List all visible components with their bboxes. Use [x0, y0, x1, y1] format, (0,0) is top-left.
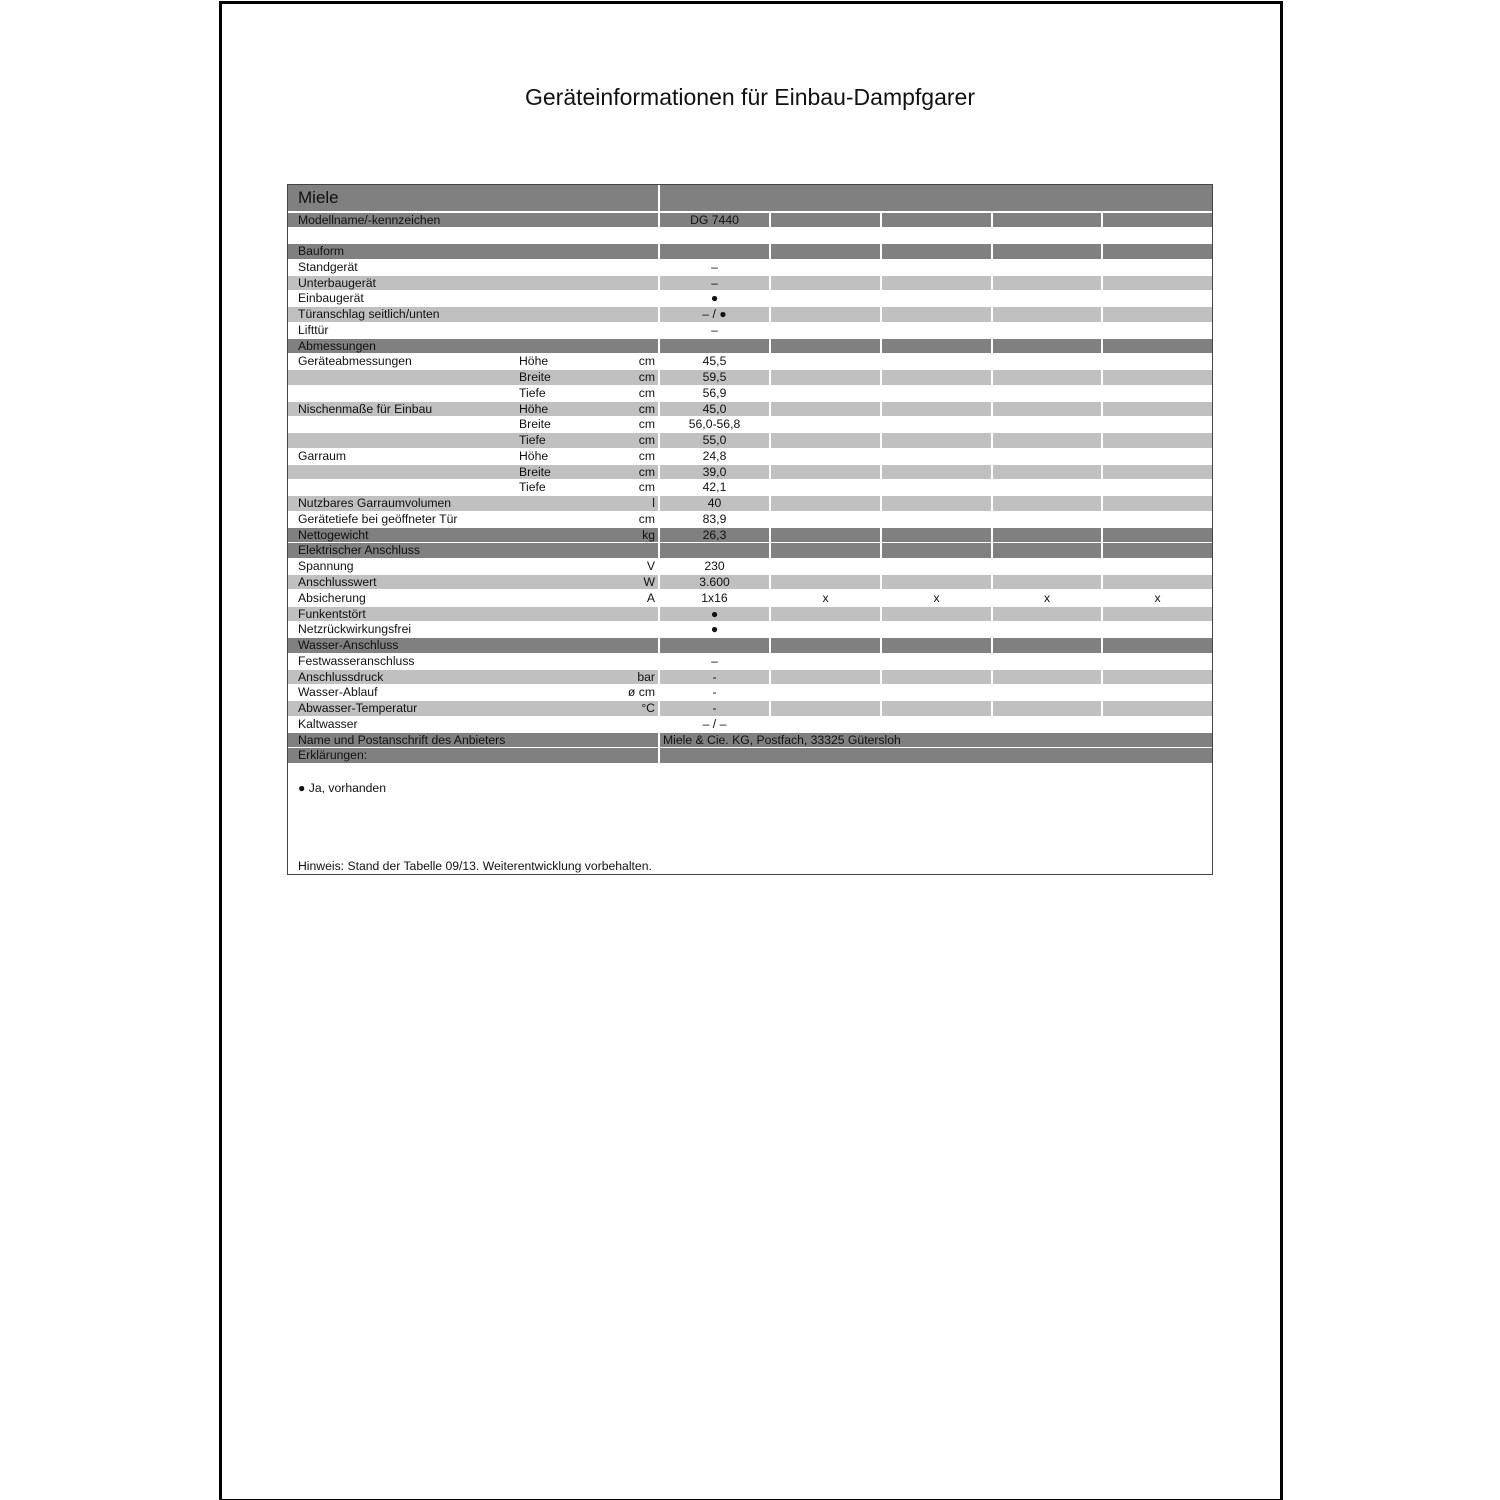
- value-cell-0: 40: [660, 496, 769, 511]
- value-cell-0: 56,0-56,8: [660, 417, 769, 432]
- row-label-cell: Wasser-Anschluss: [288, 638, 658, 653]
- value-cell-1: [771, 386, 880, 401]
- value-cell-0: 59,5: [660, 370, 769, 385]
- row-unit: W: [643, 575, 655, 590]
- value-cell-1: [771, 433, 880, 448]
- value-cell-1: x: [771, 591, 880, 606]
- row-unit: kg: [642, 528, 655, 543]
- row-label-cell: Nettogewichtkg: [288, 528, 658, 543]
- table-row: Gerätetiefe bei geöffneter Türcm83,9: [288, 512, 1212, 528]
- row-label: Abwasser-Temperatur: [298, 701, 417, 715]
- value-cell-0: 45,0: [660, 402, 769, 417]
- value-cell-4: [1103, 354, 1212, 369]
- value-cell-2: [882, 291, 991, 306]
- table-row: Anschlussdruckbar-: [288, 670, 1212, 686]
- row-label-cell: Abmessungen: [288, 339, 658, 354]
- brand-header-fill: [660, 185, 1212, 211]
- row-unit: cm: [639, 417, 655, 432]
- table-row: Elektrischer Anschluss: [288, 543, 1212, 559]
- value-cell-4: [1103, 528, 1212, 543]
- value-cell-4: [1103, 465, 1212, 480]
- value-cell-1: [771, 528, 880, 543]
- value-cell-3: [993, 339, 1101, 354]
- value-cell-4: [1103, 213, 1212, 228]
- row-label: Wasser-Ablauf: [298, 685, 377, 699]
- row-sublabel: Breite: [519, 417, 551, 432]
- row-label-cell: GeräteabmessungenHöhecm: [288, 354, 658, 369]
- value-cell-2: [882, 717, 991, 732]
- row-label-cell: Erklärungen:: [288, 748, 658, 763]
- value-cell-0: [660, 244, 769, 259]
- value-cell-4: [1103, 417, 1212, 432]
- value-cell-2: [882, 244, 991, 259]
- row-label-cell: Tiefecm: [288, 480, 658, 495]
- value-cell-4: [1103, 228, 1212, 243]
- value-cell-0: –: [660, 260, 769, 275]
- value-cell-1: [771, 575, 880, 590]
- value-cell-1: [771, 276, 880, 291]
- value-cell-2: [882, 638, 991, 653]
- row-label: Elektrischer Anschluss: [298, 543, 420, 557]
- value-cell-4: [1103, 654, 1212, 669]
- value-cell-1: [771, 480, 880, 495]
- value-cell-1: [771, 685, 880, 700]
- row-label-cell: Breitecm: [288, 465, 658, 480]
- row-sublabel: Tiefe: [519, 480, 546, 495]
- value-cell-3: [993, 276, 1101, 291]
- value-cell-3: [993, 386, 1101, 401]
- value-cell-0: 26,3: [660, 528, 769, 543]
- table-row: Türanschlag seitlich/unten– / ●: [288, 307, 1212, 323]
- value-cell-0: ●: [660, 291, 769, 306]
- value-cell-3: [993, 607, 1101, 622]
- value-cell-4: [1103, 260, 1212, 275]
- value-cell-1: [771, 496, 880, 511]
- value-cell-2: [882, 260, 991, 275]
- value-cell-3: [993, 543, 1101, 558]
- value-cell-4: x: [1103, 591, 1212, 606]
- value-cell-2: [882, 228, 991, 243]
- value-cell-2: [882, 370, 991, 385]
- value-cell-1: [771, 417, 880, 432]
- row-unit: cm: [639, 402, 655, 417]
- row-sublabel: Tiefe: [519, 386, 546, 401]
- value-cell-3: [993, 622, 1101, 637]
- value-cell-4: [1103, 339, 1212, 354]
- value-cell-3: [993, 638, 1101, 653]
- value-cell-2: [882, 417, 991, 432]
- value-cell-0: 42,1: [660, 480, 769, 495]
- row-label-cell: Bauform: [288, 244, 658, 259]
- value-cell-1: [771, 622, 880, 637]
- value-cell-2: [882, 543, 991, 558]
- row-label-cell: Abwasser-Temperatur°C: [288, 701, 658, 716]
- row-label-cell: AbsicherungA: [288, 591, 658, 606]
- row-label-cell: Funkentstört: [288, 607, 658, 622]
- row-label: Wasser-Anschluss: [298, 638, 398, 652]
- row-unit: bar: [637, 670, 655, 685]
- value-cell-1: [771, 323, 880, 338]
- page-title: Geräteinformationen für Einbau-Dampfgare…: [0, 86, 1500, 109]
- table-row: Breitecm56,0-56,8: [288, 417, 1212, 433]
- row-label: Lifttür: [298, 323, 328, 337]
- value-cell-1: [771, 449, 880, 464]
- value-cell-3: [993, 717, 1101, 732]
- row-label: Modellname/-kennzeichen: [298, 213, 440, 227]
- row-label: Nutzbares Garraumvolumen: [298, 496, 451, 510]
- spec-table: Miele Modellname/-kennzeichenDG 7440Bauf…: [287, 184, 1213, 875]
- table-row: GarraumHöhecm24,8: [288, 449, 1212, 465]
- value-cell-2: [882, 465, 991, 480]
- row-label-cell: Tiefecm: [288, 386, 658, 401]
- row-label: Nettogewicht: [298, 528, 368, 542]
- value-cell-1: [771, 402, 880, 417]
- row-unit: cm: [639, 370, 655, 385]
- table-row: Abmessungen: [288, 339, 1212, 355]
- value-cell-0: -: [660, 701, 769, 716]
- row-label-cell: Gerätetiefe bei geöffneter Türcm: [288, 512, 658, 527]
- table-row: Name und Postanschrift des AnbietersMiel…: [288, 733, 1212, 749]
- row-sublabel: Tiefe: [519, 433, 546, 448]
- value-cell-3: [993, 417, 1101, 432]
- value-cell-0: 24,8: [660, 449, 769, 464]
- value-cell-2: [882, 654, 991, 669]
- row-unit: A: [647, 591, 655, 606]
- value-cell-4: [1103, 402, 1212, 417]
- row-label: Bauform: [298, 244, 344, 258]
- value-cell-4: [1103, 307, 1212, 322]
- row-label-cell: Name und Postanschrift des Anbieters: [288, 733, 658, 748]
- value-cell-1: [771, 213, 880, 228]
- row-label-cell: Wasser-Ablaufø cm: [288, 685, 658, 700]
- value-cell-2: [882, 607, 991, 622]
- value-cell-4: [1103, 276, 1212, 291]
- row-unit: cm: [639, 512, 655, 527]
- value-cell-4: [1103, 496, 1212, 511]
- value-cell-4: [1103, 291, 1212, 306]
- value-cell-1: [771, 228, 880, 243]
- value-cell-4: [1103, 685, 1212, 700]
- row-label-cell: Breitecm: [288, 417, 658, 432]
- table-row: Wasser-Anschluss: [288, 638, 1212, 654]
- value-cell-0: – / –: [660, 717, 769, 732]
- value-cell-4: [1103, 370, 1212, 385]
- row-label-cell: Türanschlag seitlich/unten: [288, 307, 658, 322]
- value-cell-4: [1103, 622, 1212, 637]
- value-cell-0: -: [660, 685, 769, 700]
- value-cell-3: [993, 354, 1101, 369]
- row-sublabel: Breite: [519, 465, 551, 480]
- brand-name: Miele: [288, 185, 658, 211]
- row-label-cell: Anschlussdruckbar: [288, 670, 658, 685]
- value-cell-4: [1103, 386, 1212, 401]
- row-label: Garraum: [298, 449, 346, 463]
- value-cell-2: [882, 622, 991, 637]
- table-row: Modellname/-kennzeichenDG 7440: [288, 213, 1212, 229]
- row-label: Gerätetiefe bei geöffneter Tür: [298, 512, 457, 526]
- row-label-cell: Nischenmaße für EinbauHöhecm: [288, 402, 658, 417]
- value-cell-1: [771, 260, 880, 275]
- value-cell-3: [993, 575, 1101, 590]
- row-unit: cm: [639, 386, 655, 401]
- value-cell-2: [882, 339, 991, 354]
- table-row: Abwasser-Temperatur°C-: [288, 701, 1212, 717]
- table-row: [288, 228, 1212, 244]
- row-value-wide: Miele & Cie. KG, Postfach, 33325 Gütersl…: [660, 733, 1212, 748]
- value-cell-0: 55,0: [660, 433, 769, 448]
- value-cell-0: 39,0: [660, 465, 769, 480]
- row-label: Festwasseranschluss: [298, 654, 415, 668]
- row-label: Einbaugerät: [298, 291, 364, 305]
- value-cell-0: ●: [660, 622, 769, 637]
- value-cell-4: [1103, 323, 1212, 338]
- value-cell-0: -: [660, 670, 769, 685]
- value-cell-3: x: [993, 591, 1101, 606]
- table-row: AnschlusswertW3.600: [288, 575, 1212, 591]
- value-cell-1: [771, 307, 880, 322]
- value-cell-2: [882, 528, 991, 543]
- value-cell-3: [993, 213, 1101, 228]
- value-cell-4: [1103, 543, 1212, 558]
- value-cell-2: [882, 685, 991, 700]
- value-cell-2: [882, 354, 991, 369]
- value-cell-3: [993, 480, 1101, 495]
- table-row: Einbaugerät●: [288, 291, 1212, 307]
- value-cell-0: 83,9: [660, 512, 769, 527]
- row-label: Kaltwasser: [298, 717, 358, 731]
- row-sublabel: Höhe: [519, 354, 548, 369]
- value-cell-0: –: [660, 654, 769, 669]
- row-sublabel: Breite: [519, 370, 551, 385]
- value-cell-1: [771, 291, 880, 306]
- value-cell-3: [993, 228, 1101, 243]
- value-cell-4: [1103, 575, 1212, 590]
- value-cell-4: [1103, 449, 1212, 464]
- table-row: Tiefecm55,0: [288, 433, 1212, 449]
- value-cell-4: [1103, 244, 1212, 259]
- row-unit: l: [652, 496, 655, 511]
- row-sublabel: Höhe: [519, 449, 548, 464]
- value-cell-3: [993, 701, 1101, 716]
- row-unit: cm: [639, 465, 655, 480]
- row-label-cell: Standgerät: [288, 260, 658, 275]
- value-cell-0: [660, 228, 769, 243]
- row-unit: °C: [641, 701, 655, 716]
- table-row: Standgerät–: [288, 260, 1212, 276]
- value-cell-1: [771, 638, 880, 653]
- value-cell-1: [771, 339, 880, 354]
- value-cell-3: [993, 559, 1101, 574]
- value-cell-3: [993, 307, 1101, 322]
- value-cell-4: [1103, 512, 1212, 527]
- row-label-cell: Nutzbares Garraumvolumenl: [288, 496, 658, 511]
- value-cell-1: [771, 670, 880, 685]
- value-cell-0: –: [660, 276, 769, 291]
- value-cell-3: [993, 323, 1101, 338]
- row-label-cell: Modellname/-kennzeichen: [288, 213, 658, 228]
- table-row: AbsicherungA1x16xxxx: [288, 591, 1212, 607]
- value-cell-4: [1103, 559, 1212, 574]
- value-cell-2: [882, 512, 991, 527]
- value-cell-1: [771, 465, 880, 480]
- value-cell-1: [771, 607, 880, 622]
- row-label: Erklärungen:: [298, 748, 367, 762]
- value-cell-4: [1103, 433, 1212, 448]
- table-row: Nettogewichtkg26,3: [288, 528, 1212, 544]
- value-cell-0: 230: [660, 559, 769, 574]
- value-cell-2: [882, 402, 991, 417]
- value-cell-1: [771, 701, 880, 716]
- value-cell-0: 45,5: [660, 354, 769, 369]
- table-row: Breitecm59,5: [288, 370, 1212, 386]
- row-label-cell: Einbaugerät: [288, 291, 658, 306]
- value-cell-0: 56,9: [660, 386, 769, 401]
- value-cell-0: [660, 339, 769, 354]
- table-row: Breitecm39,0: [288, 465, 1212, 481]
- value-cell-0: [660, 638, 769, 653]
- row-label-cell: SpannungV: [288, 559, 658, 574]
- row-label: Name und Postanschrift des Anbieters: [298, 733, 505, 747]
- row-label-cell: AnschlusswertW: [288, 575, 658, 590]
- value-cell-3: [993, 449, 1101, 464]
- value-cell-1: [771, 654, 880, 669]
- value-cell-1: [771, 244, 880, 259]
- value-cell-4: [1103, 701, 1212, 716]
- value-cell-3: [993, 244, 1101, 259]
- value-cell-2: [882, 670, 991, 685]
- value-cell-3: [993, 654, 1101, 669]
- value-cell-2: [882, 480, 991, 495]
- value-cell-2: [882, 701, 991, 716]
- table-row: Bauform: [288, 244, 1212, 260]
- value-cell-2: [882, 323, 991, 338]
- row-unit: cm: [639, 480, 655, 495]
- value-cell-2: [882, 276, 991, 291]
- table-row: Netzrückwirkungsfrei●: [288, 622, 1212, 638]
- value-cell-4: [1103, 607, 1212, 622]
- row-label-cell: Festwasseranschluss: [288, 654, 658, 669]
- value-cell-2: [882, 213, 991, 228]
- value-cell-1: [771, 354, 880, 369]
- row-label: Standgerät: [298, 260, 358, 274]
- row-unit: V: [647, 559, 655, 574]
- value-cell-0: 3.600: [660, 575, 769, 590]
- row-label-cell: Elektrischer Anschluss: [288, 543, 658, 558]
- value-cell-3: [993, 465, 1101, 480]
- value-cell-2: [882, 575, 991, 590]
- row-label: Nischenmaße für Einbau: [298, 402, 432, 416]
- table-row: Lifttür–: [288, 323, 1212, 339]
- value-cell-2: [882, 386, 991, 401]
- value-cell-3: [993, 670, 1101, 685]
- row-label-cell: GarraumHöhecm: [288, 449, 658, 464]
- row-label: Unterbaugerät: [298, 276, 376, 290]
- row-value-wide: [660, 748, 1212, 763]
- legend-text: ● Ja, vorhanden: [298, 781, 386, 795]
- value-cell-3: [993, 433, 1101, 448]
- value-cell-4: [1103, 717, 1212, 732]
- row-label-cell: [288, 228, 658, 243]
- value-cell-1: [771, 559, 880, 574]
- row-label-cell: Breitecm: [288, 370, 658, 385]
- row-label-cell: Tiefecm: [288, 433, 658, 448]
- row-label: Anschlussdruck: [298, 670, 383, 684]
- value-cell-3: [993, 370, 1101, 385]
- table-row: Nutzbares Garraumvolumenl40: [288, 496, 1212, 512]
- value-cell-1: [771, 512, 880, 527]
- value-cell-2: [882, 307, 991, 322]
- value-cell-0: ●: [660, 607, 769, 622]
- row-sublabel: Höhe: [519, 402, 548, 417]
- row-unit: ø cm: [628, 685, 655, 700]
- row-label-cell: Netzrückwirkungsfrei: [288, 622, 658, 637]
- value-cell-0: 1x16: [660, 591, 769, 606]
- table-row: Kaltwasser– / –: [288, 717, 1212, 733]
- row-label: Abmessungen: [298, 339, 376, 353]
- value-cell-1: [771, 717, 880, 732]
- value-cell-2: [882, 496, 991, 511]
- table-row: Tiefecm56,9: [288, 386, 1212, 402]
- table-row: Festwasseranschluss–: [288, 654, 1212, 670]
- row-label-cell: Unterbaugerät: [288, 276, 658, 291]
- footnote: Hinweis: Stand der Tabelle 09/13. Weiter…: [298, 859, 652, 873]
- value-cell-3: [993, 685, 1101, 700]
- value-cell-0: – / ●: [660, 307, 769, 322]
- row-label-cell: Kaltwasser: [288, 717, 658, 732]
- value-cell-4: [1103, 638, 1212, 653]
- row-label: Geräteabmessungen: [298, 354, 412, 368]
- value-cell-2: [882, 449, 991, 464]
- value-cell-2: x: [882, 591, 991, 606]
- table-row: Unterbaugerät–: [288, 276, 1212, 292]
- row-label-cell: Lifttür: [288, 323, 658, 338]
- row-label: Anschlusswert: [298, 575, 377, 589]
- value-cell-3: [993, 260, 1101, 275]
- table-row: SpannungV230: [288, 559, 1212, 575]
- value-cell-4: [1103, 670, 1212, 685]
- table-row: Erklärungen:: [288, 748, 1212, 764]
- table-row: Funkentstört●: [288, 607, 1212, 623]
- table-row: Tiefecm42,1: [288, 480, 1212, 496]
- value-cell-1: [771, 543, 880, 558]
- table-row: GeräteabmessungenHöhecm45,5: [288, 354, 1212, 370]
- value-cell-3: [993, 291, 1101, 306]
- value-cell-2: [882, 559, 991, 574]
- value-cell-3: [993, 512, 1101, 527]
- row-label: Funkentstört: [298, 607, 366, 621]
- table-row: Nischenmaße für EinbauHöhecm45,0: [288, 402, 1212, 418]
- value-cell-4: [1103, 480, 1212, 495]
- value-cell-0: –: [660, 323, 769, 338]
- row-unit: cm: [639, 354, 655, 369]
- value-cell-3: [993, 496, 1101, 511]
- brand-header-row: Miele: [288, 185, 1212, 212]
- row-label: Spannung: [298, 559, 354, 573]
- value-cell-1: [771, 370, 880, 385]
- value-cell-3: [993, 528, 1101, 543]
- value-cell-0: DG 7440: [660, 213, 769, 228]
- table-row: Wasser-Ablaufø cm-: [288, 685, 1212, 701]
- row-label: Türanschlag seitlich/unten: [298, 307, 440, 321]
- row-unit: cm: [639, 433, 655, 448]
- row-unit: cm: [639, 449, 655, 464]
- value-cell-2: [882, 433, 991, 448]
- value-cell-3: [993, 402, 1101, 417]
- row-label: Absicherung: [298, 591, 366, 605]
- row-label: Netzrückwirkungsfrei: [298, 622, 411, 636]
- value-cell-0: [660, 543, 769, 558]
